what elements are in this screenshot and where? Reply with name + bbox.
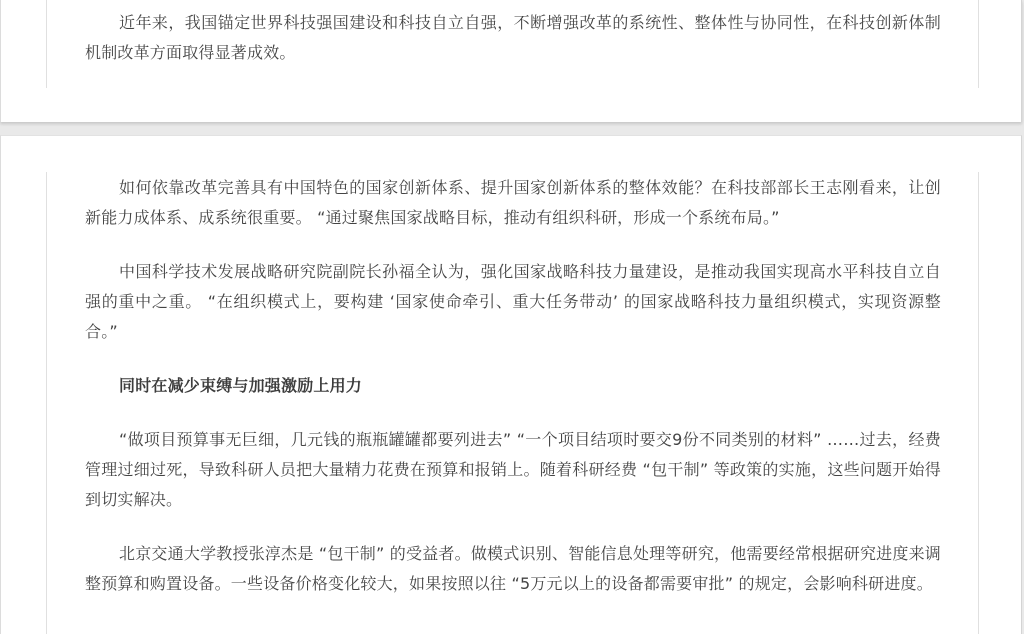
article-body-bottom: 如何依靠改革完善具有中国特色的国家创新体系、提升国家创新体系的整体效能？在科技部… (85, 173, 941, 623)
paragraph-strategic-sci-tech-force: 中国科学技术发展战略研究院副院长孙福全认为，强化国家战略科技力量建设，是推动我国… (85, 257, 941, 347)
article-page-bottom: 如何依靠改革完善具有中国特色的国家创新体系、提升国家创新体系的整体效能？在科技部… (0, 135, 1022, 634)
article-page-top: 近年来，我国锚定世界科技强国建设和科技自立自强，不断增强改革的系统性、整体性与协… (0, 0, 1022, 122)
paragraph-national-innovation-system: 如何依靠改革完善具有中国特色的国家创新体系、提升国家创新体系的整体效能？在科技部… (85, 173, 941, 233)
left-margin-rule (46, 0, 47, 88)
right-margin-rule (978, 0, 979, 88)
section-subheading: 同时在减少束缚与加强激励上用力 (85, 371, 941, 401)
paragraph-lump-sum-beneficiary: 北京交通大学教授张淳杰是 “包干制” 的受益者。做模式识别、智能信息处理等研究，… (85, 539, 941, 599)
left-margin-rule (46, 172, 47, 634)
paragraph-intro: 近年来，我国锚定世界科技强国建设和科技自立自强，不断增强改革的系统性、整体性与协… (85, 8, 941, 68)
right-margin-rule (978, 172, 979, 634)
article-body-top: 近年来，我国锚定世界科技强国建设和科技自立自强，不断增强改革的系统性、整体性与协… (85, 8, 941, 92)
paragraph-budget-management: “做项目预算事无巨细，几元钱的瓶瓶罐罐都要列进去” “一个项目结项时要交9份不同… (85, 425, 941, 515)
